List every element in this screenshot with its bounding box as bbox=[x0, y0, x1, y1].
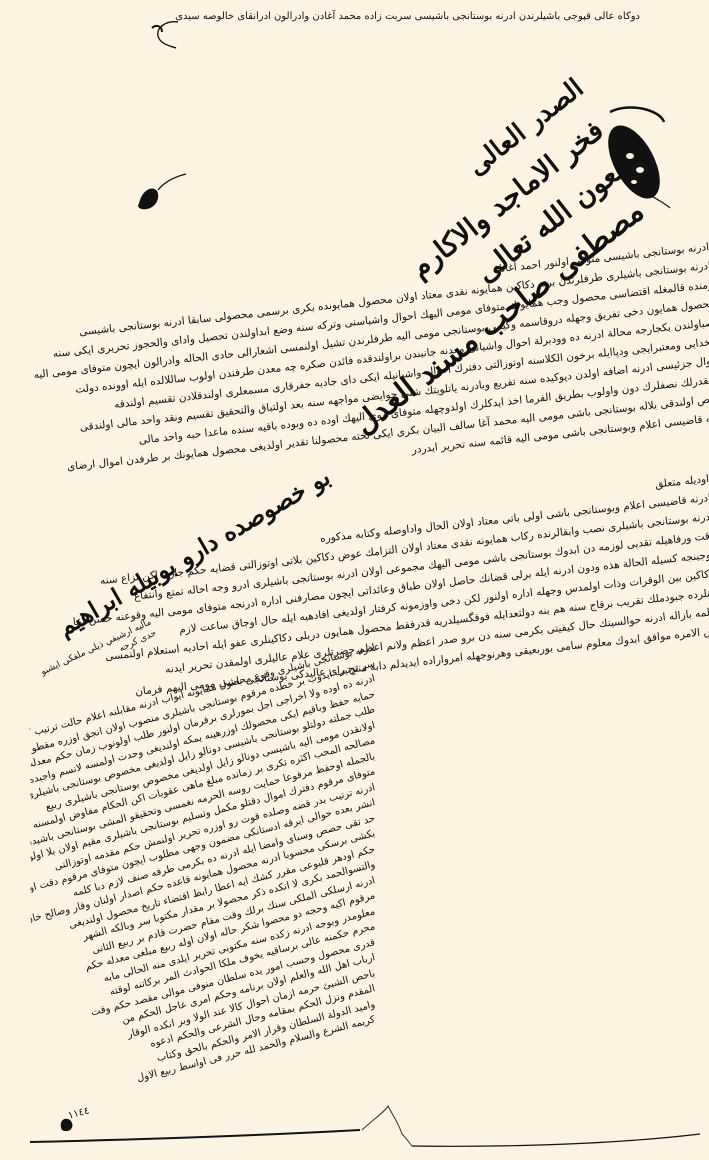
invocation-block: الصدر العالى فخر الاماجد والاكارم بعون ا… bbox=[120, 40, 640, 240]
calligraphic-mark-icon bbox=[130, 170, 190, 220]
document-page: دوكاه عالى قپوجى باشيلرندن ادرنه بوستانج… bbox=[0, 0, 709, 1160]
header-line: دوكاه عالى قپوجى باشيلرندن ادرنه بوستانج… bbox=[140, 10, 640, 24]
torn-edge-icon bbox=[0, 1100, 709, 1160]
tughra-icon bbox=[590, 100, 670, 210]
notes-block: ادرنه بوستانجى باشيلرى وقوع محصول همايون… bbox=[20, 640, 375, 1120]
paragraph-1: ادرنه بوستانجى باشيسى متوفى اولنور احمد … bbox=[22, 238, 709, 499]
